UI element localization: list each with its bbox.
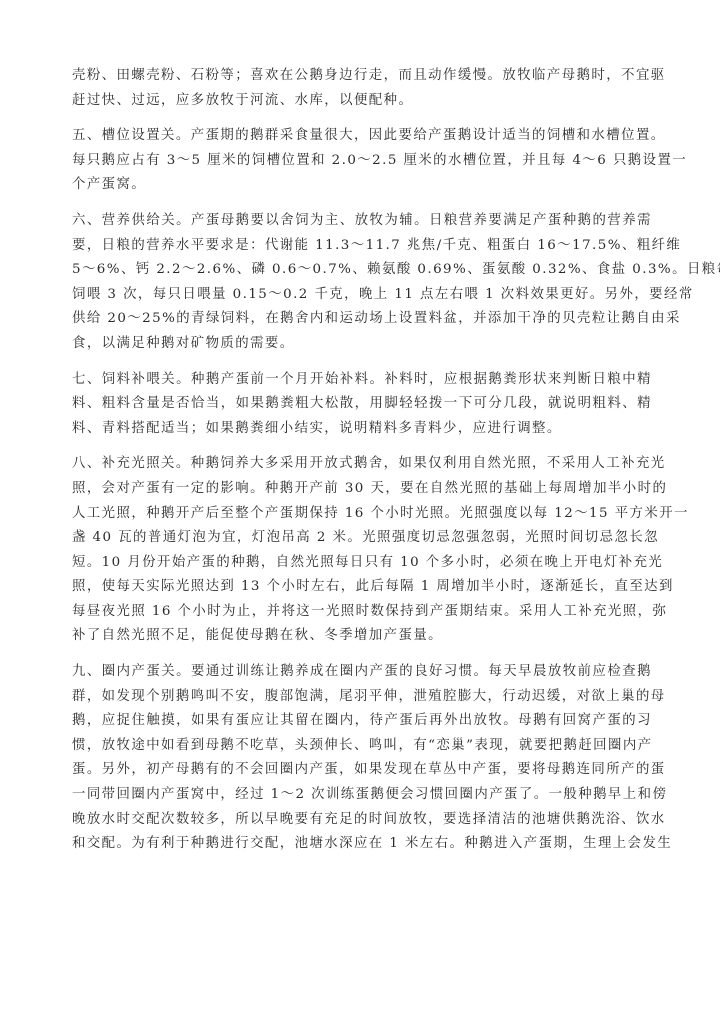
text-line: 饲喂 3 次，每只日喂量 0.15～0.2 千克，晚上 11 点左右喂 1 次料… xyxy=(72,283,652,308)
text-line: 群，如发现个别鹅鸣叫不安，腹部饱满，尾羽平伸，泄殖腔膨大，行动迟缓，对欲上巢的母 xyxy=(72,685,652,710)
text-line: 壳粉、田螺壳粉、石粉等；喜欢在公鹅身边行走，而且动作缓慢。放牧临产母鹅时，不宜驱 xyxy=(72,64,652,89)
text-line: 五、槽位设置关。产蛋期的鹅群采食量很大，因此要给产蛋鹅设计适当的饲槽和水槽位置。 xyxy=(72,124,652,149)
text-line: 蛋。另外，初产母鹅有的不会回圈内产蛋，如果发现在草丛中产蛋，要将母鹅连同所产的蛋 xyxy=(72,758,652,783)
paragraph-section-7: 七、饲料补喂关。种鹅产蛋前一个月开始补料。补料时，应根据鹅粪形状来判断日粮中精 … xyxy=(72,368,652,442)
text-line: 照，使每天实际光照达到 13 个小时左右，此后每隔 1 周增加半小时，逐渐延长，… xyxy=(72,575,652,600)
text-line: 供给 20～25%的青绿饲料，在鹅舍内和运动场上设置料盆，并添加干净的贝壳粒让鹅… xyxy=(72,307,652,332)
text-line: 照，会对产蛋有一定的影响。种鹅开产前 30 天，要在自然光照的基础上每周增加半小… xyxy=(72,477,652,502)
document-page: 壳粉、田螺壳粉、石粉等；喜欢在公鹅身边行走，而且动作缓慢。放牧临产母鹅时，不宜驱… xyxy=(72,64,652,868)
text-line: 和交配。为有利于种鹅进行交配，池塘水深应在 1 米左右。种鹅进入产蛋期，生理上会… xyxy=(72,832,652,857)
text-line: 一同带回圈内产蛋窝中，经过 1～2 次训练蛋鹅便会习惯回圈内产蛋了。一般种鹅早上… xyxy=(72,783,652,808)
text-line: 九、圈内产蛋关。要通过训练让鹅养成在圈内产蛋的良好习惯。每天早晨放牧前应检查鹅 xyxy=(72,660,652,685)
text-line: 料、粗料含量是否恰当，如果鹅粪粗大松散，用脚轻轻拨一下可分几段，就说明粗料、精 xyxy=(72,392,652,417)
text-line: 八、补充光照关。种鹅饲养大多采用开放式鹅舍，如果仅利用自然光照，不采用人工补充光 xyxy=(72,452,652,477)
text-line: 盏 40 瓦的普通灯泡为宜，灯泡吊高 2 米。光照强度切忌忽强忽弱，光照时间切忌… xyxy=(72,526,652,551)
text-line: 每昼夜光照 16 个小时为止，并将这一光照时数保持到产蛋期结束。采用人工补充光照… xyxy=(72,600,652,625)
text-line: 要，日粮的营养水平要求是：代谢能 11.3～11.7 兆焦/千克、粗蛋白 16～… xyxy=(72,234,652,259)
text-line: 惯，放牧途中如看到母鹅不吃草，头颈伸长、鸣叫，有“恋巢”表现，就要把鹅赶回圈内产 xyxy=(72,734,652,759)
text-line: 食，以满足种鹅对矿物质的需要。 xyxy=(72,332,652,357)
text-line: 七、饲料补喂关。种鹅产蛋前一个月开始补料。补料时，应根据鹅粪形状来判断日粮中精 xyxy=(72,368,652,393)
text-line: 鹅，应捉住触摸，如果有蛋应让其留在圈内，待产蛋后再外出放牧。母鹅有回窝产蛋的习 xyxy=(72,709,652,734)
text-line: 料、青料搭配适当；如果鹅粪细小结实，说明精料多青料少，应进行调整。 xyxy=(72,417,652,442)
text-line: 短。10 月份开始产蛋的种鹅，自然光照每日只有 10 个多小时，必须在晚上开电灯… xyxy=(72,551,652,576)
text-line: 每只鹅应占有 3～5 厘米的饲槽位置和 2.0～2.5 厘米的水槽位置，并且每 … xyxy=(72,149,652,174)
text-line: 赶过快、过远，应多放牧于河流、水库，以便配种。 xyxy=(72,89,652,114)
text-line: 人工光照，种鹅开产后至整个产蛋期保持 16 个小时光照。光照强度以每 12～15… xyxy=(72,502,652,527)
paragraph-section-5: 五、槽位设置关。产蛋期的鹅群采食量很大，因此要给产蛋鹅设计适当的饲槽和水槽位置。… xyxy=(72,124,652,198)
paragraph-section-8: 八、补充光照关。种鹅饲养大多采用开放式鹅舍，如果仅利用自然光照，不采用人工补充光… xyxy=(72,452,652,649)
text-line: 5～6%、钙 2.2～2.6%、磷 0.6～0.7%、赖氨酸 0.69%、蛋氨酸… xyxy=(72,258,652,283)
paragraph-section-6: 六、营养供给关。产蛋母鹅要以舍饲为主、放牧为辅。日粮营养要满足产蛋种鹅的营养需 … xyxy=(72,209,652,357)
paragraph-continuation: 壳粉、田螺壳粉、石粉等；喜欢在公鹅身边行走，而且动作缓慢。放牧临产母鹅时，不宜驱… xyxy=(72,64,652,113)
text-line: 个产蛋窝。 xyxy=(72,173,652,198)
text-line: 六、营养供给关。产蛋母鹅要以舍饲为主、放牧为辅。日粮营养要满足产蛋种鹅的营养需 xyxy=(72,209,652,234)
text-line: 晚放水时交配次数较多，所以早晚要有充足的时间放牧，要选择清洁的池塘供鹅洗浴、饮水 xyxy=(72,808,652,833)
text-line: 补了自然光照不足，能促使母鹅在秋、冬季增加产蛋量。 xyxy=(72,624,652,649)
paragraph-section-9: 九、圈内产蛋关。要通过训练让鹅养成在圈内产蛋的良好习惯。每天早晨放牧前应检查鹅 … xyxy=(72,660,652,857)
